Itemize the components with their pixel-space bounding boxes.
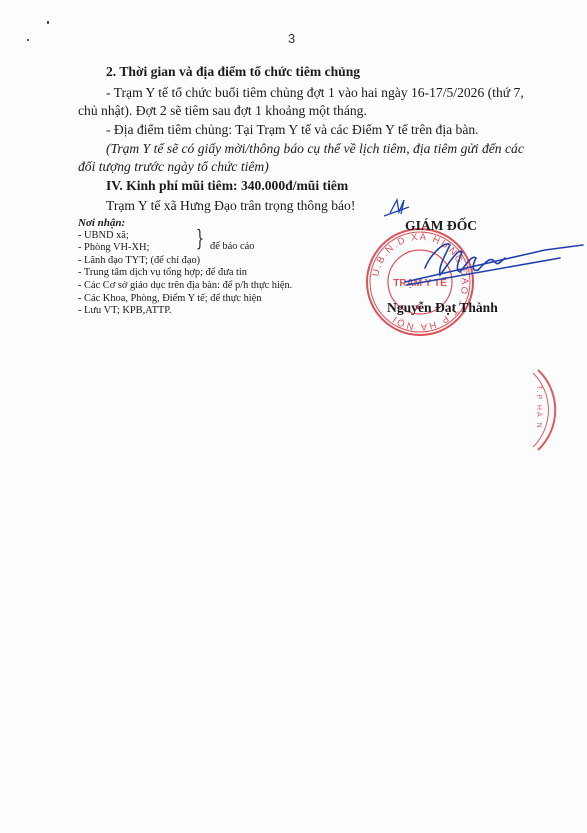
edge-stamp: T.P HÀ N	[533, 370, 555, 450]
svg-text:T.P HÀ N: T.P HÀ N	[535, 385, 544, 430]
initials-scribble	[384, 200, 409, 216]
stamp-and-signature: U.B.N.D XÃ HƯNG ĐẠO - T.P HÀ NỘI TRẠM Y …	[0, 0, 587, 833]
signer-name: Nguyễn Đạt Thành	[387, 300, 498, 316]
signer-title: GIÁM ĐỐC	[405, 218, 477, 234]
